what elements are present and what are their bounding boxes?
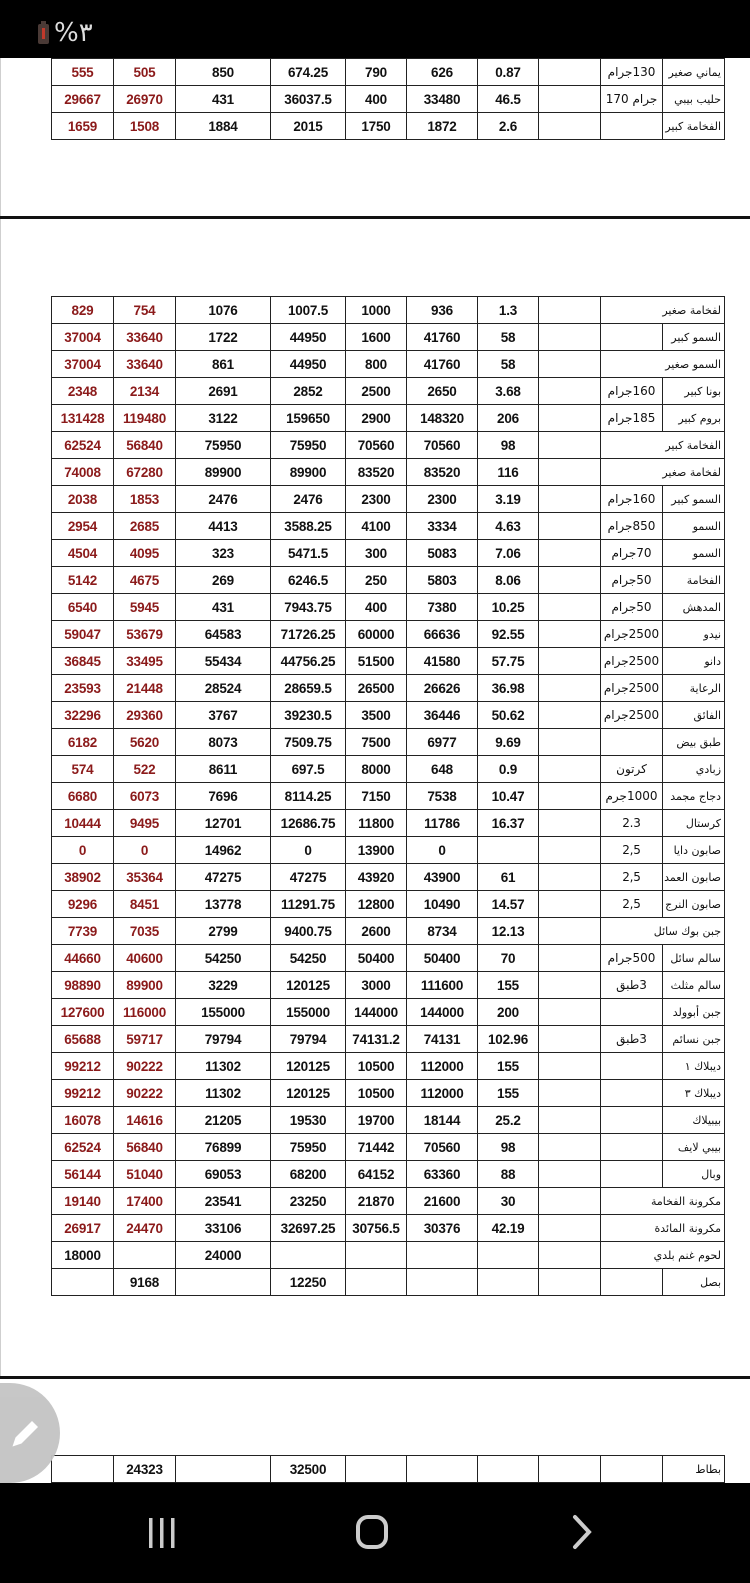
item-name: دانو xyxy=(663,648,725,675)
cell-col3: 155000 xyxy=(176,999,271,1026)
cell-col2: 33495 xyxy=(114,648,176,675)
table-row: 389023536447275472754392043900612,5صابون… xyxy=(52,864,725,891)
cell-col7 xyxy=(478,1269,539,1296)
cell-col8 xyxy=(539,1215,601,1242)
table-row: 370043364017224495016004176058السمو كبير xyxy=(52,324,725,351)
cell-col1: 65688 xyxy=(52,1026,114,1053)
cell-col2: 53679 xyxy=(114,621,176,648)
cell-col5: 11800 xyxy=(346,810,407,837)
cell-col7: 12.13 xyxy=(478,918,539,945)
cell-col1: 98890 xyxy=(52,972,114,999)
cell-col1: 5142 xyxy=(52,567,114,594)
cell-col5: 3500 xyxy=(346,702,407,729)
cell-col6: 21600 xyxy=(407,1188,478,1215)
item-unit: 850جرام xyxy=(601,513,663,540)
cell-col5: 26500 xyxy=(346,675,407,702)
cell-col7: 16.37 xyxy=(478,810,539,837)
price-table-page-3: 2432332500بطاط xyxy=(51,1455,725,1483)
home-button[interactable] xyxy=(343,1503,403,1563)
cell-col1: 38902 xyxy=(52,864,114,891)
cell-col3: 55434 xyxy=(176,648,271,675)
cell-col3: 13778 xyxy=(176,891,271,918)
cell-col4: 1007.5 xyxy=(271,297,346,324)
item-unit xyxy=(601,999,663,1026)
cell-col4: 8114.25 xyxy=(271,783,346,810)
cell-col5 xyxy=(346,1242,407,1269)
cell-col8 xyxy=(539,378,601,405)
cell-col2: 26970 xyxy=(114,86,176,113)
item-name: ديبلاك ١ xyxy=(663,1053,725,1080)
cell-col6 xyxy=(407,1456,478,1483)
cell-col3: 8611 xyxy=(176,756,271,783)
cell-col5: 4100 xyxy=(346,513,407,540)
cell-col4: 7509.75 xyxy=(271,729,346,756)
item-name: طبق بيض xyxy=(663,729,725,756)
cell-col5: 13900 xyxy=(346,837,407,864)
table-row: 2954268544133588.25410033344.63850جرامال… xyxy=(52,513,725,540)
item-unit xyxy=(601,1269,663,1296)
cell-col4: 7943.75 xyxy=(271,594,346,621)
cell-col7: 92.55 xyxy=(478,621,539,648)
cell-col3: 76899 xyxy=(176,1134,271,1161)
cell-col3: 1076 xyxy=(176,297,271,324)
cell-col2: 33640 xyxy=(114,324,176,351)
cell-col5: 43920 xyxy=(346,864,407,891)
item-unit: 2.3 xyxy=(601,810,663,837)
cell-col6: 33480 xyxy=(407,86,478,113)
item-name: يماني صغير xyxy=(663,59,725,86)
table-row: 99212902221130212012510500112000155ديبلا… xyxy=(52,1080,725,1107)
cell-col8 xyxy=(539,297,601,324)
cell-col3: 21205 xyxy=(176,1107,271,1134)
cell-col6: 70560 xyxy=(407,432,478,459)
cell-col1: 2038 xyxy=(52,486,114,513)
cell-col4: 75950 xyxy=(271,1134,346,1161)
cell-col2: 56840 xyxy=(114,1134,176,1161)
cell-col1: 131428 xyxy=(52,405,114,432)
cell-col4: 159650 xyxy=(271,405,346,432)
cell-col3: 28524 xyxy=(176,675,271,702)
cell-col3 xyxy=(176,1456,271,1483)
cell-col8 xyxy=(539,1188,601,1215)
cell-col7: 10.25 xyxy=(478,594,539,621)
cell-col7: 200 xyxy=(478,999,539,1026)
cell-col4: 2015 xyxy=(271,113,346,140)
cell-col6: 41580 xyxy=(407,648,478,675)
cell-col3: 64583 xyxy=(176,621,271,648)
cell-col7: 10.47 xyxy=(478,783,539,810)
cell-col7: 50.62 xyxy=(478,702,539,729)
cell-col4: 120125 xyxy=(271,972,346,999)
cell-col8 xyxy=(539,1080,601,1107)
item-unit xyxy=(601,729,663,756)
item-name: الفائق xyxy=(663,702,725,729)
cell-col5: 1600 xyxy=(346,324,407,351)
cell-col8 xyxy=(539,810,601,837)
price-table-page-2: 82975410761007.510009361.3لفخامة صغير370… xyxy=(51,296,725,1296)
cell-col4: 3588.25 xyxy=(271,513,346,540)
cell-col5: 400 xyxy=(346,86,407,113)
cell-col1: 6540 xyxy=(52,594,114,621)
cell-col4: 79794 xyxy=(271,1026,346,1053)
item-name: دجاج مجمد xyxy=(663,783,725,810)
cell-col7: 155 xyxy=(478,1080,539,1107)
cell-col4: 71726.25 xyxy=(271,621,346,648)
cell-col8 xyxy=(539,1456,601,1483)
cell-col8 xyxy=(539,594,601,621)
cell-col7: 9.69 xyxy=(478,729,539,756)
cell-col5: 3000 xyxy=(346,972,407,999)
item-name: لفخامة صغير xyxy=(601,459,725,486)
cell-col1: 36845 xyxy=(52,648,114,675)
cell-col6: 7538 xyxy=(407,783,478,810)
cell-col2: 40600 xyxy=(114,945,176,972)
cell-col1: 26917 xyxy=(52,1215,114,1242)
cell-col2: 67280 xyxy=(114,459,176,486)
cell-col7 xyxy=(478,1456,539,1483)
cell-col6: 41760 xyxy=(407,351,478,378)
table-row: 26917244703310632697.2530756.53037642.19… xyxy=(52,1215,725,1242)
item-name: الفخامة xyxy=(663,567,725,594)
cell-col1: 4504 xyxy=(52,540,114,567)
cell-col6: 112000 xyxy=(407,1053,478,1080)
cell-col5: 144000 xyxy=(346,999,407,1026)
cell-col7: 70 xyxy=(478,945,539,972)
item-name: سالم مثلث xyxy=(663,972,725,999)
cell-col8 xyxy=(539,486,601,513)
item-unit: 70جرام xyxy=(601,540,663,567)
page-edge xyxy=(0,58,1,216)
cell-col8 xyxy=(539,783,601,810)
item-name: المدهش xyxy=(663,594,725,621)
table-row: 127600116000155000155000144000144000200ج… xyxy=(52,999,725,1026)
cell-col6: 111600 xyxy=(407,972,478,999)
cell-col3: 2476 xyxy=(176,486,271,513)
table-row: 9889089900322912012530001116001553طبقسال… xyxy=(52,972,725,999)
item-name: بروم كبير xyxy=(663,405,725,432)
recent-apps-button[interactable] xyxy=(132,1503,192,1563)
cell-col8 xyxy=(539,756,601,783)
cell-col6: 11786 xyxy=(407,810,478,837)
back-button[interactable] xyxy=(553,1503,613,1563)
cell-col2: 5620 xyxy=(114,729,176,756)
item-name: بيبيلاك xyxy=(663,1107,725,1134)
cell-col3: 4413 xyxy=(176,513,271,540)
item-name: نيدو xyxy=(663,621,725,648)
table-row: 99212902221130212012510500112000155ديبلا… xyxy=(52,1053,725,1080)
cell-col6: 41760 xyxy=(407,324,478,351)
cell-col7: 4.63 xyxy=(478,513,539,540)
cell-col5 xyxy=(346,1456,407,1483)
table-row: 2348213426912852250026503.68160جرامبونا … xyxy=(52,378,725,405)
cell-col1: 829 xyxy=(52,297,114,324)
cell-col2: 29360 xyxy=(114,702,176,729)
cell-col2: 51040 xyxy=(114,1161,176,1188)
cell-col2: 1508 xyxy=(114,113,176,140)
item-name: بصل xyxy=(663,1269,725,1296)
cell-col6: 2650 xyxy=(407,378,478,405)
cell-col5: 10500 xyxy=(346,1053,407,1080)
cell-col2: 7035 xyxy=(114,918,176,945)
item-unit: 160جرام xyxy=(601,378,663,405)
price-table-page-1: 555505850674.257906260.87130جراميماني صغ… xyxy=(51,58,725,140)
table-row: 929684511377811291.75128001049014.572,5ص… xyxy=(52,891,725,918)
cell-col1: 99212 xyxy=(52,1080,114,1107)
item-unit xyxy=(601,1107,663,1134)
cell-col5: 10500 xyxy=(346,1080,407,1107)
cell-col3: 75950 xyxy=(176,432,271,459)
table-row: 44660406005425054250504005040070500جرامس… xyxy=(52,945,725,972)
cell-col1: 6182 xyxy=(52,729,114,756)
cell-col3 xyxy=(176,1269,271,1296)
cell-col7: 206 xyxy=(478,405,539,432)
table-row: 3700433640861449508004176058السمو صغير xyxy=(52,351,725,378)
cell-col3: 79794 xyxy=(176,1026,271,1053)
cell-col2: 56840 xyxy=(114,432,176,459)
cell-col6: 10490 xyxy=(407,891,478,918)
cell-col1: 56144 xyxy=(52,1161,114,1188)
table-row: 740086728089900899008352083520116لفخامة … xyxy=(52,459,725,486)
cell-col6 xyxy=(407,1242,478,1269)
cell-col3: 3122 xyxy=(176,405,271,432)
recent-apps-icon xyxy=(132,1503,192,1563)
item-unit: 2,5 xyxy=(601,864,663,891)
item-name: بطاط xyxy=(663,1456,725,1483)
cell-col4: 12686.75 xyxy=(271,810,346,837)
cell-col5: 790 xyxy=(346,59,407,86)
cell-col7: 88 xyxy=(478,1161,539,1188)
cell-col3: 2799 xyxy=(176,918,271,945)
cell-col6: 0 xyxy=(407,837,478,864)
cell-col3: 33106 xyxy=(176,1215,271,1242)
item-name: ديبلاك ٣ xyxy=(663,1080,725,1107)
item-unit: 3طبق xyxy=(601,972,663,999)
cell-col3: 11302 xyxy=(176,1080,271,1107)
item-unit: 2500جرام xyxy=(601,702,663,729)
cell-col1: 1659 xyxy=(52,113,114,140)
cell-col2: 5945 xyxy=(114,594,176,621)
battery-percent: %٣ xyxy=(54,18,93,48)
cell-col1: 59047 xyxy=(52,621,114,648)
cell-col6: 144000 xyxy=(407,999,478,1026)
table-row: 56144510406905368200641526336088وبال xyxy=(52,1161,725,1188)
cell-col5: 8000 xyxy=(346,756,407,783)
cell-col1: 2348 xyxy=(52,378,114,405)
cell-col2: 4675 xyxy=(114,567,176,594)
cell-col4 xyxy=(271,1242,346,1269)
cell-col2: 21448 xyxy=(114,675,176,702)
cell-col7: 98 xyxy=(478,432,539,459)
cell-col4: 32697.25 xyxy=(271,1215,346,1242)
cell-col2 xyxy=(114,1242,176,1269)
cell-col7: 155 xyxy=(478,1053,539,1080)
cell-col4: 674.25 xyxy=(271,59,346,86)
cell-col3: 3767 xyxy=(176,702,271,729)
cell-col3: 7696 xyxy=(176,783,271,810)
cell-col5: 300 xyxy=(346,540,407,567)
cell-col6: 36446 xyxy=(407,702,478,729)
cell-col6: 148320 xyxy=(407,405,478,432)
cell-col6: 7380 xyxy=(407,594,478,621)
table-row: 1044494951270112686.75118001178616.372.3… xyxy=(52,810,725,837)
cell-col3: 1722 xyxy=(176,324,271,351)
cell-col2: 9495 xyxy=(114,810,176,837)
document-page-1: 555505850674.257906260.87130جراميماني صغ… xyxy=(0,58,750,216)
cell-col5: 2300 xyxy=(346,486,407,513)
cell-col6: 936 xyxy=(407,297,478,324)
cell-col7: 98 xyxy=(478,1134,539,1161)
item-name: بونا كبير xyxy=(663,378,725,405)
cell-col5: 21870 xyxy=(346,1188,407,1215)
cell-col2: 9168 xyxy=(114,1269,176,1296)
cell-col6: 83520 xyxy=(407,459,478,486)
cell-col2: 6073 xyxy=(114,783,176,810)
table-row: 514246752696246.525058038.0650جرامالفخام… xyxy=(52,567,725,594)
table-row: 5745228611697.580006480.9كرتونزبادي xyxy=(52,756,725,783)
cell-col7: 61 xyxy=(478,864,539,891)
item-name: لفخامة صغير xyxy=(601,297,725,324)
cell-col2: 90222 xyxy=(114,1053,176,1080)
cell-col8 xyxy=(539,891,601,918)
table-row: 62524568407595075950705607056098الفخامة … xyxy=(52,432,725,459)
cell-col4: 6246.5 xyxy=(271,567,346,594)
item-name: مكرونة الفخامة xyxy=(601,1188,725,1215)
item-unit: 2,5 xyxy=(601,891,663,918)
cell-col5: 30756.5 xyxy=(346,1215,407,1242)
cell-col6: 50400 xyxy=(407,945,478,972)
item-unit xyxy=(601,1456,663,1483)
item-name: سالم سائل xyxy=(663,945,725,972)
cell-col8 xyxy=(539,837,601,864)
cell-col1: 29667 xyxy=(52,86,114,113)
cell-col4: 2852 xyxy=(271,378,346,405)
cell-col8 xyxy=(539,648,601,675)
table-row: 654059454317943.75400738010.2550جرامالمد… xyxy=(52,594,725,621)
cell-col6: 648 xyxy=(407,756,478,783)
cell-col7: 116 xyxy=(478,459,539,486)
cell-col6: 66636 xyxy=(407,621,478,648)
item-name: السمو كبير xyxy=(663,486,725,513)
cell-col7: 1.3 xyxy=(478,297,539,324)
cell-col8 xyxy=(539,702,601,729)
table-row: 916812250بصل xyxy=(52,1269,725,1296)
item-unit xyxy=(601,113,663,140)
page-edge xyxy=(0,219,1,1376)
table-row: 13142811948031221596502900148320206185جر… xyxy=(52,405,725,432)
cell-col6: 1872 xyxy=(407,113,478,140)
cell-col8 xyxy=(539,945,601,972)
item-unit: 2,5 xyxy=(601,837,663,864)
cell-col1: 7739 xyxy=(52,918,114,945)
cell-col1 xyxy=(52,1456,114,1483)
item-unit xyxy=(601,1134,663,1161)
cell-col1: 18000 xyxy=(52,1242,114,1269)
cell-col7 xyxy=(478,1242,539,1269)
table-row: 62524568407689975950714427056098بيبي لاي… xyxy=(52,1134,725,1161)
item-name: صابون العمد xyxy=(663,864,725,891)
cell-col1: 99212 xyxy=(52,1053,114,1080)
cell-col8 xyxy=(539,432,601,459)
item-name: جبن بوك سائل xyxy=(601,918,725,945)
cell-col7: 3.68 xyxy=(478,378,539,405)
cell-col5: 400 xyxy=(346,594,407,621)
item-name: صابون دايا xyxy=(663,837,725,864)
cell-col7: 0.87 xyxy=(478,59,539,86)
cell-col3: 11302 xyxy=(176,1053,271,1080)
item-name: السمو xyxy=(663,540,725,567)
cell-col5: 7150 xyxy=(346,783,407,810)
cell-col3: 850 xyxy=(176,59,271,86)
cell-col8 xyxy=(539,351,601,378)
cell-col2: 89900 xyxy=(114,972,176,999)
cell-col4: 32500 xyxy=(271,1456,346,1483)
cell-col8 xyxy=(539,567,601,594)
cell-col5: 2900 xyxy=(346,405,407,432)
cell-col2: 1853 xyxy=(114,486,176,513)
item-unit: 185جرام xyxy=(601,405,663,432)
cell-col5: 800 xyxy=(346,351,407,378)
cell-col5: 12800 xyxy=(346,891,407,918)
item-name: السمو كبير xyxy=(663,324,725,351)
cell-col3: 8073 xyxy=(176,729,271,756)
cell-col8 xyxy=(539,459,601,486)
cell-col8 xyxy=(539,999,601,1026)
cell-col5: 70560 xyxy=(346,432,407,459)
table-row: 1659150818842015175018722.6الفخامة كبير xyxy=(52,113,725,140)
cell-col3: 14962 xyxy=(176,837,271,864)
cell-col8 xyxy=(539,1242,601,1269)
item-unit: 160جرام xyxy=(601,486,663,513)
cell-col6: 3334 xyxy=(407,513,478,540)
cell-col3: 431 xyxy=(176,86,271,113)
cell-col2: 4095 xyxy=(114,540,176,567)
cell-col6: 43900 xyxy=(407,864,478,891)
battery-low-icon xyxy=(38,24,49,44)
item-unit: 1000جرم xyxy=(601,783,663,810)
cell-col8 xyxy=(539,86,601,113)
cell-col7: 7.06 xyxy=(478,540,539,567)
cell-col7: 0.9 xyxy=(478,756,539,783)
table-row: 001496201390002,5صابون دايا xyxy=(52,837,725,864)
cell-col2: 0 xyxy=(114,837,176,864)
cell-col5: 2500 xyxy=(346,378,407,405)
cell-col2: 522 xyxy=(114,756,176,783)
cell-col8 xyxy=(539,59,601,86)
cell-col1: 555 xyxy=(52,59,114,86)
cell-col1: 19140 xyxy=(52,1188,114,1215)
cell-col2: 754 xyxy=(114,297,176,324)
cell-col3: 54250 xyxy=(176,945,271,972)
cell-col4: 120125 xyxy=(271,1080,346,1107)
pencil-icon xyxy=(8,1415,44,1451)
table-row: 23593214482852428659.5265002662636.98250… xyxy=(52,675,725,702)
cell-col7: 57.75 xyxy=(478,648,539,675)
cell-col5: 19700 xyxy=(346,1107,407,1134)
cell-col8 xyxy=(539,675,601,702)
cell-col1: 44660 xyxy=(52,945,114,972)
cell-col6: 8734 xyxy=(407,918,478,945)
cell-col4: 44950 xyxy=(271,324,346,351)
cell-col4: 0 xyxy=(271,837,346,864)
cell-col5: 83520 xyxy=(346,459,407,486)
cell-col4: 54250 xyxy=(271,945,346,972)
cell-col2: 116000 xyxy=(114,999,176,1026)
cell-col8 xyxy=(539,1053,601,1080)
cell-col2: 505 xyxy=(114,59,176,86)
table-row: 296672697043136037.54003348046.5جرام 170… xyxy=(52,86,725,113)
table-row: 36845334955543444756.25515004158057.7525… xyxy=(52,648,725,675)
cell-col6: 70560 xyxy=(407,1134,478,1161)
